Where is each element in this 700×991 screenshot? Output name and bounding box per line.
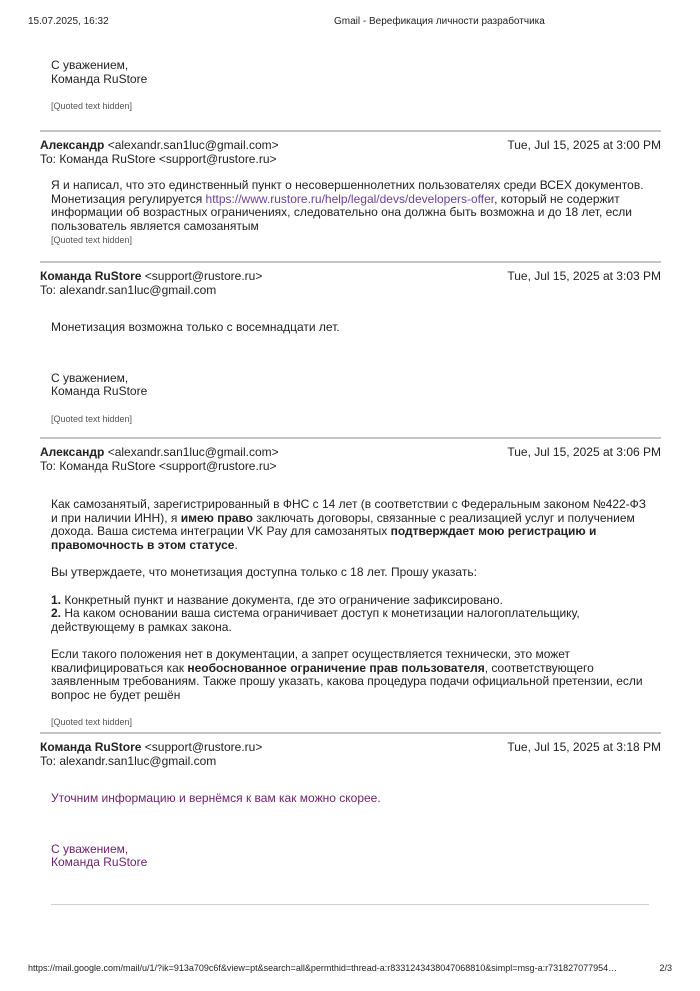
message-divider [40,130,661,132]
signature-line: С уважением, [51,59,661,73]
message-date: Tue, Jul 15, 2025 at 3:00 PM [507,138,661,152]
message-divider [40,261,661,263]
signature-line: Команда RuStore [51,73,661,87]
quoted-text-hidden[interactable]: [Quoted text hidden] [51,100,661,114]
quoted-text-hidden[interactable]: [Quoted text hidden] [51,716,651,730]
body-text: Монетизация возможна только с восемнадца… [51,321,661,335]
recipient-line: To: alexandr.san1luc@gmail.com [40,754,661,768]
print-url: https://mail.google.com/mail/u/1/?ik=913… [28,963,617,973]
list-number: 1. [51,593,61,607]
message-divider [40,437,661,439]
body-text: Вы утверждаете, что монетизация доступна… [51,566,651,580]
message-body: Уточним информацию и вернёмся к вам как … [51,792,661,870]
message-header: Команда RuStore <support@rustore.ru> Tue… [40,740,661,768]
message-date: Tue, Jul 15, 2025 at 3:03 PM [507,269,661,283]
sender-email: <support@rustore.ru> [145,269,263,283]
message-header: Александр <alexandr.san1luc@gmail.com> T… [40,445,661,473]
sender-email: <alexandr.san1luc@gmail.com> [108,445,279,459]
recipient-line: To: alexandr.san1luc@gmail.com [40,283,661,297]
sender-email: <alexandr.san1luc@gmail.com> [108,138,279,152]
recipient-line: To: Команда RuStore <support@rustore.ru> [40,459,661,473]
message-end-divider [51,904,649,905]
previous-message-tail: С уважением, Команда RuStore [Quoted tex… [51,59,661,114]
print-footer: https://mail.google.com/mail/u/1/?ik=913… [28,963,672,977]
message-header: Александр <alexandr.san1luc@gmail.com> T… [40,138,661,166]
body-text-bold: имею право [181,511,253,525]
developers-offer-link[interactable]: https://www.rustore.ru/help/legal/devs/d… [206,192,495,206]
list-number: 2. [51,606,61,620]
print-datetime: 15.07.2025, 16:32 [28,16,109,27]
print-header: 15.07.2025, 16:32 Gmail - Верефикация ли… [28,16,672,30]
page-number: 2/3 [659,963,672,973]
message-divider [40,732,661,734]
quoted-text-hidden[interactable]: [Quoted text hidden] [51,413,661,427]
list-item-text: Конкретный пункт и название документа, г… [61,593,503,607]
message-body: Монетизация возможна только с восемнадца… [51,321,661,426]
message-header: Команда RuStore <support@rustore.ru> Tue… [40,269,661,297]
list-item-text: На каком основании ваша система ограничи… [51,606,580,634]
body-text: . [234,538,237,552]
message-body: Я и написал, что это единственный пункт … [51,179,661,248]
sender-name: Александр [40,138,104,152]
sender-name: Команда RuStore [40,740,141,754]
sender-name: Александр [40,445,104,459]
message-date: Tue, Jul 15, 2025 at 3:18 PM [507,740,661,754]
sender-name: Команда RuStore [40,269,141,283]
signature-line: Команда RuStore [51,385,661,399]
quoted-text-hidden[interactable]: [Quoted text hidden] [51,234,661,248]
sender-email: <support@rustore.ru> [145,740,263,754]
recipient-line: To: Команда RuStore <support@rustore.ru> [40,152,661,166]
message-date: Tue, Jul 15, 2025 at 3:06 PM [507,445,661,459]
body-text: Монетизация регулируется [51,192,206,206]
signature-line: С уважением, [51,372,661,386]
body-text-bold: необоснованное ограничение прав пользова… [187,661,484,675]
signature-line: Команда RuStore [51,856,661,870]
print-title: Gmail - Верефикация личности разработчик… [334,16,545,27]
signature-line: С уважением, [51,843,661,857]
message-body: Как самозанятый, зарегистрированный в ФН… [51,498,651,730]
body-text: Уточним информацию и вернёмся к вам как … [51,792,661,806]
body-text: Я и написал, что это единственный пункт … [51,178,644,192]
